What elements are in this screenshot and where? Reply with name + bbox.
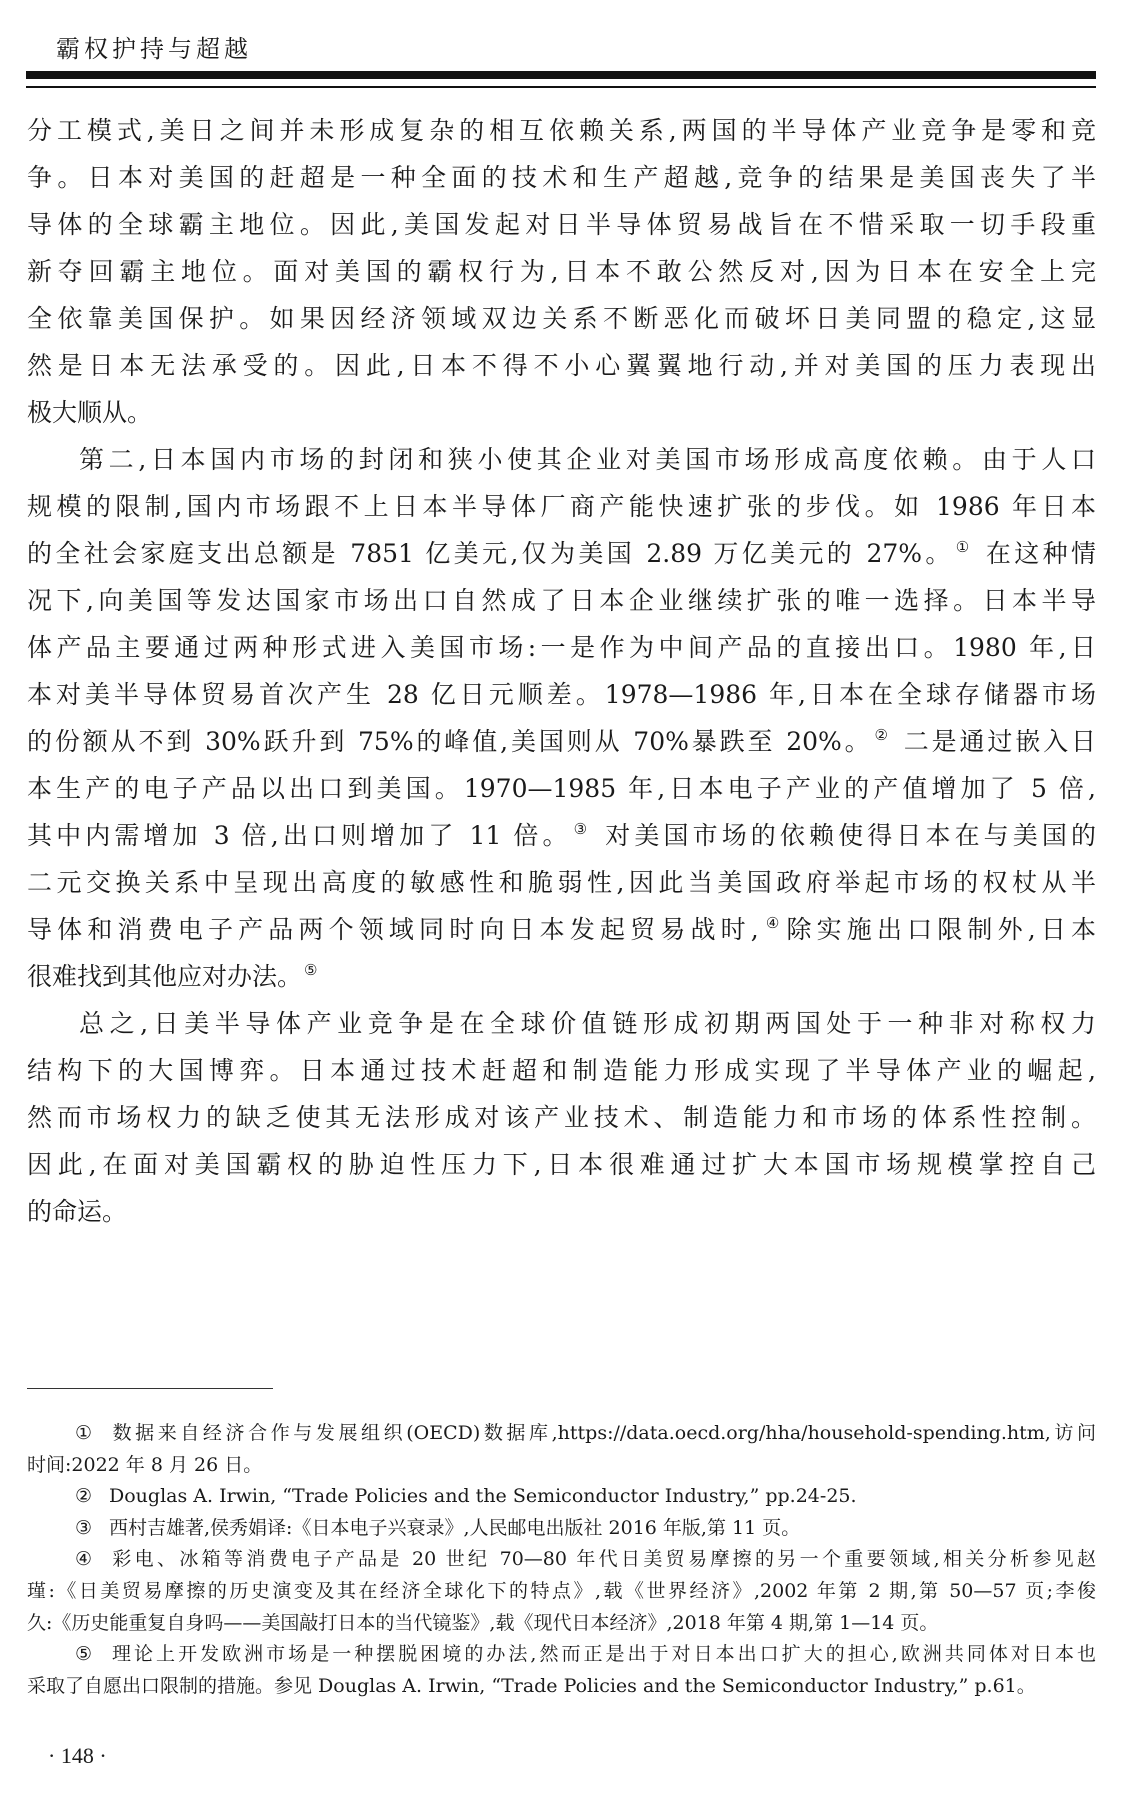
body-line-text: 全依靠美国保护。如果因经济领域双边关系不断恶化而破坏日美同盟的稳定,这显 [27,304,1096,333]
body-line: 然而市场权力的缺乏使其无法形成对该产业技术、制造能力和市场的体系性控制。 [27,1094,1096,1141]
footnote-number: ① [75,1418,109,1450]
body-line: 的命运。 [27,1188,1096,1235]
body-line: 的全社会家庭支出总额是 7851 亿美元,仅为美国 2.89 万亿美元的 27%… [27,530,1096,577]
body-line-text: 争。日本对美国的赶超是一种全面的技术和生产超越,竞争的结果是美国丧失了半 [27,163,1096,192]
footnote-number: ⑤ [75,1639,109,1671]
footnote-line: 时间:2022 年 8 月 26 日。 [27,1450,1096,1482]
body-line: 规模的限制,国内市场跟不上日本半导体厂商产能快速扩张的步伐。如 1986 年日本 [27,483,1096,530]
body-line: 导体的全球霸主地位。因此,美国发起对日半导体贸易战旨在不惜采取一切手段重 [27,201,1096,248]
body-line-text: 规模的限制,国内市场跟不上日本半导体厂商产能快速扩张的步伐。如 1986 年日本 [27,492,1096,521]
footnote-line: ②Douglas A. Irwin, “Trade Policies and t… [27,1481,1096,1513]
footnote-marker[interactable]: ① [956,538,973,556]
body-line-text: 本对美半导体贸易首次产生 28 亿日元顺差。1978—1986 年,日本在全球存… [27,680,1096,709]
body-line: 很难找到其他应对办法。⑤ [27,953,1096,1000]
body-line: 其中内需增加 3 倍,出口则增加了 11 倍。③ 对美国市场的依赖使得日本在与美… [27,812,1096,859]
body-line-text: 其中内需增加 3 倍,出口则增加了 11 倍。 [27,821,572,850]
body-line-text: 体产品主要通过两种形式进入美国市场:一是作为中间产品的直接出口。1980 年,日 [27,633,1096,662]
body-line: 的份额从不到 30%跃升到 75%的峰值,美国则从 70%暴跌至 20%。② 二… [27,718,1096,765]
footnote-marker[interactable]: ④ [761,914,785,932]
footnote-line: 瑾:《日美贸易摩擦的历史演变及其在经济全球化下的特点》,载《世界经济》,2002… [27,1576,1096,1608]
body-line: 第二,日本国内市场的封闭和狭小使其企业对美国市场形成高度依赖。由于人口 [27,436,1096,483]
footnote-text: Douglas A. Irwin, “Trade Policies and th… [109,1485,857,1507]
body-line: 分工模式,美日之间并未形成复杂的相互依赖关系,两国的半导体产业竞争是零和竞 [27,107,1096,154]
body-line-text: 二元交换关系中呈现出高度的敏感性和脆弱性,因此当美国政府举起市场的权杖从半 [27,868,1096,897]
body-line-text: 况下,向美国等发达国家市场出口自然成了日本企业继续扩张的唯一选择。日本半导 [27,586,1096,615]
body-line-text: 导体的全球霸主地位。因此,美国发起对日半导体贸易战旨在不惜采取一切手段重 [27,210,1096,239]
footnote-text: 久:《历史能重复自身吗——美国敲打日本的当代镜鉴》,载《现代日本经济》,2018… [27,1612,938,1634]
body-line: 总之,日美半导体产业竞争是在全球价值链形成初期两国处于一种非对称权力 [27,1000,1096,1047]
journal-page: 霸权护持与超越 分工模式,美日之间并未形成复杂的相互依赖关系,两国的半导体产业竞… [0,0,1148,1797]
body-line: 结构下的大国博弈。日本通过技术赶超和制造能力形成实现了半导体产业的崛起, [27,1047,1096,1094]
footnote-text: 彩电、冰箱等消费电子产品是 20 世纪 70—80 年代日美贸易摩擦的另一个重要… [109,1548,1096,1570]
body-line-text: 本生产的电子产品以出口到美国。1970—1985 年,日本电子产业的产值增加了 … [27,774,1096,803]
body-text: 分工模式,美日之间并未形成复杂的相互依赖关系,两国的半导体产业竞争是零和竞争。日… [27,107,1096,1235]
footnote-text: 时间:2022 年 8 月 26 日。 [27,1454,262,1476]
body-line: 然是日本无法承受的。因此,日本不得不小心翼翼地行动,并对美国的压力表现出 [27,342,1096,389]
footnote-text: 采取了自愿出口限制的措施。参见 Douglas A. Irwin, “Trade… [27,1675,1036,1697]
page-number: · 148 · [48,1741,107,1771]
body-line-text: 分工模式,美日之间并未形成复杂的相互依赖关系,两国的半导体产业竞争是零和竞 [27,116,1096,145]
footnote-line: ④彩电、冰箱等消费电子产品是 20 世纪 70—80 年代日美贸易摩擦的另一个重… [27,1544,1096,1576]
footnote-line: ③西村吉雄著,侯秀娟译:《日本电子兴衰录》,人民邮电出版社 2016 年版,第 … [27,1513,1096,1545]
footnote-line: ①数据来自经济合作与发展组织(OECD)数据库,https://data.oec… [27,1418,1096,1450]
body-line: 全依靠美国保护。如果因经济领域双边关系不断恶化而破坏日美同盟的稳定,这显 [27,295,1096,342]
body-line-text: 总之,日美半导体产业竞争是在全球价值链形成初期两国处于一种非对称权力 [79,1009,1096,1038]
body-line: 因此,在面对美国霸权的胁迫性压力下,日本很难通过扩大本国市场规模掌控自己 [27,1141,1096,1188]
footnote-line: 采取了自愿出口限制的措施。参见 Douglas A. Irwin, “Trade… [27,1671,1096,1703]
footnotes: ①数据来自经济合作与发展组织(OECD)数据库,https://data.oec… [27,1418,1096,1702]
footnote-marker[interactable]: ② [875,726,891,744]
footnote-number: ④ [75,1544,109,1576]
running-title: 霸权护持与超越 [56,34,252,64]
footnote-line: ⑤理论上开发欧洲市场是一种摆脱困境的办法,然而正是出于对日本出口扩大的担心,欧洲… [27,1639,1096,1671]
footnote-number: ③ [75,1513,109,1545]
footnote-text: 瑾:《日美贸易摩擦的历史演变及其在经济全球化下的特点》,载《世界经济》,2002… [27,1580,1096,1602]
body-line: 况下,向美国等发达国家市场出口自然成了日本企业继续扩张的唯一选择。日本半导 [27,577,1096,624]
body-line-text: 因此,在面对美国霸权的胁迫性压力下,日本很难通过扩大本国市场规模掌控自己 [27,1150,1096,1179]
body-line-text: 的份额从不到 30%跃升到 75%的峰值,美国则从 70%暴跌至 20%。 [27,727,873,756]
body-line: 体产品主要通过两种形式进入美国市场:一是作为中间产品的直接出口。1980 年,日 [27,624,1096,671]
body-line: 本生产的电子产品以出口到美国。1970—1985 年,日本电子产业的产值增加了 … [27,765,1096,812]
body-line-text: 然是日本无法承受的。因此,日本不得不小心翼翼地行动,并对美国的压力表现出 [27,351,1096,380]
body-line-text: 结构下的大国博弈。日本通过技术赶超和制造能力形成实现了半导体产业的崛起, [27,1056,1096,1085]
body-line-text: 极大顺从。 [27,398,152,427]
footnote-text: 理论上开发欧洲市场是一种摆脱困境的办法,然而正是出于对日本出口扩大的担心,欧洲共… [109,1643,1096,1665]
body-line-text: 第二,日本国内市场的封闭和狭小使其企业对美国市场形成高度依赖。由于人口 [79,445,1096,474]
body-line: 极大顺从。 [27,389,1096,436]
body-line-text: 然而市场权力的缺乏使其无法形成对该产业技术、制造能力和市场的体系性控制。 [27,1103,1096,1132]
header-rule-thick [26,71,1096,79]
footnote-text: 数据来自经济合作与发展组织(OECD)数据库,https://data.oecd… [109,1422,1096,1444]
footnote-marker[interactable]: ③ [574,820,592,838]
footnote-line: 久:《历史能重复自身吗——美国敲打日本的当代镜鉴》,载《现代日本经济》,2018… [27,1608,1096,1640]
body-line-text: 很难找到其他应对办法。 [27,962,302,991]
body-line: 新夺回霸主地位。面对美国的霸权行为,日本不敢公然反对,因为日本在安全上完 [27,248,1096,295]
footnote-marker[interactable]: ⑤ [304,961,317,979]
body-line-text-after: 对美国市场的依赖使得日本在与美国的 [593,821,1096,850]
body-line: 争。日本对美国的赶超是一种全面的技术和生产超越,竞争的结果是美国丧失了半 [27,154,1096,201]
footnote-separator [27,1388,273,1389]
body-line-text: 的命运。 [27,1197,127,1226]
header-rule-thin [26,86,1096,88]
body-line: 导体和消费电子产品两个领域同时向日本发起贸易战时,④除实施出口限制外,日本 [27,906,1096,953]
footnote-number: ② [75,1481,109,1513]
body-line-text-after: 除实施出口限制外,日本 [786,915,1096,944]
body-line-text: 的全社会家庭支出总额是 7851 亿美元,仅为美国 2.89 万亿美元的 27%… [27,539,954,568]
body-line: 二元交换关系中呈现出高度的敏感性和脆弱性,因此当美国政府举起市场的权杖从半 [27,859,1096,906]
body-line-text-after: 在这种情 [975,539,1096,568]
body-line-text: 新夺回霸主地位。面对美国的霸权行为,日本不敢公然反对,因为日本在安全上完 [27,257,1096,286]
body-line-text: 导体和消费电子产品两个领域同时向日本发起贸易战时, [27,915,759,944]
body-line-text-after: 二是通过嵌入日 [893,727,1096,756]
footnote-text: 西村吉雄著,侯秀娟译:《日本电子兴衰录》,人民邮电出版社 2016 年版,第 1… [109,1517,800,1539]
body-line: 本对美半导体贸易首次产生 28 亿日元顺差。1978—1986 年,日本在全球存… [27,671,1096,718]
